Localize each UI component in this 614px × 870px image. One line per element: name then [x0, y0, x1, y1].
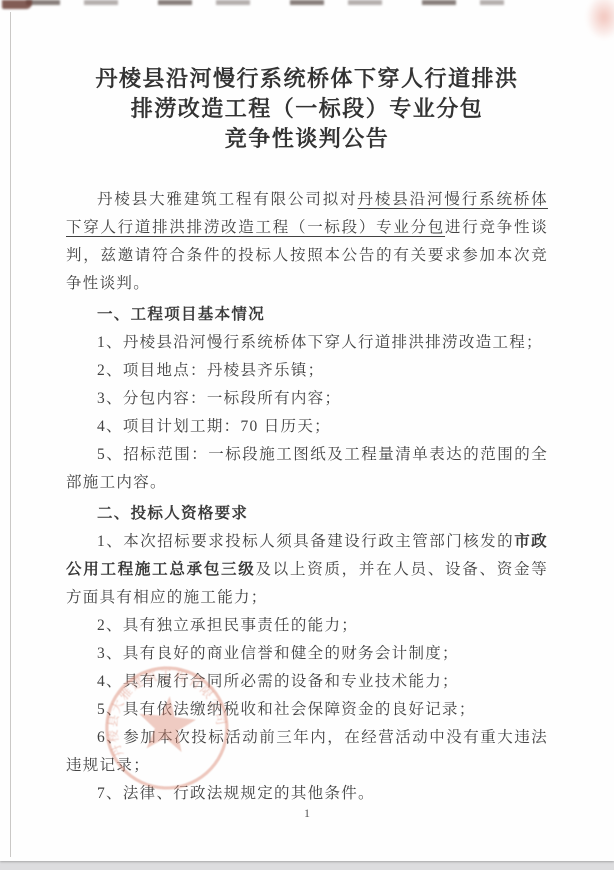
document-body: 丹棱县大雅建筑工程有限公司拟对丹棱县沿河慢行系统桥体下穿人行道排洪排涝改造工程（…	[66, 186, 548, 808]
scanned-document: 丹棱县沿河慢行系统桥体下穿人行道排洪 排涝改造工程（一标段）专业分包 竞争性谈判…	[0, 0, 614, 870]
title-line-3: 竞争性谈判公告	[66, 124, 548, 154]
title-line-2: 排涝改造工程（一标段）专业分包	[66, 94, 548, 124]
title-line-1: 丹棱县沿河慢行系统桥体下穿人行道排洪	[66, 64, 548, 94]
intro-pre: 丹棱县大雅建筑工程有限公司拟对	[97, 191, 358, 208]
section1-heading: 一、工程项目基本情况	[66, 301, 548, 329]
section2-item-4: 4、具有履行合同所必需的设备和专业技术能力；	[66, 668, 548, 696]
intro-paragraph: 丹棱县大雅建筑工程有限公司拟对丹棱县沿河慢行系统桥体下穿人行道排洪排涝改造工程（…	[66, 186, 548, 298]
scan-mark-top-right	[586, 0, 614, 40]
document-page: 丹棱县沿河慢行系统桥体下穿人行道排洪 排涝改造工程（一标段）专业分包 竞争性谈判…	[0, 0, 614, 861]
section1-item-5: 5、招标范围：一标段施工图纸及工程量清单表达的范围的全部施工内容。	[66, 441, 548, 497]
section1-item-2: 2、项目地点：丹棱县齐乐镇；	[66, 357, 548, 385]
document-title: 丹棱县沿河慢行系统桥体下穿人行道排洪 排涝改造工程（一标段）专业分包 竞争性谈判…	[66, 64, 548, 154]
section2-item1-pre: 1、本次招标要求投标人须具备建设行政主管部门核发的	[97, 533, 514, 550]
section1-item-1: 1、丹棱县沿河慢行系统桥体下穿人行道排洪排涝改造工程；	[66, 329, 548, 357]
section2-item-1: 1、本次招标要求投标人须具备建设行政主管部门核发的市政公用工程施工总承包三级及以…	[66, 528, 548, 612]
section2-heading: 二、投标人资格要求	[66, 500, 548, 528]
section2-item-2: 2、具有独立承担民事责任的能力；	[66, 612, 548, 640]
section1-item-3: 3、分包内容：一标段所有内容；	[66, 385, 548, 413]
section2-item-6: 6、参加本次投标活动前三年内，在经营活动中没有重大违法违规记录；	[66, 724, 548, 780]
section2-item-3: 3、具有良好的商业信誉和健全的财务会计制度；	[66, 640, 548, 668]
page-number: 1	[0, 806, 614, 821]
section1-item-4: 4、项目计划工期：70 日历天；	[66, 413, 548, 441]
document-content: 丹棱县沿河慢行系统桥体下穿人行道排洪 排涝改造工程（一标段）专业分包 竞争性谈判…	[66, 0, 548, 808]
page-edge-line	[10, 12, 11, 857]
scan-mark-top-left	[2, 0, 32, 9]
section2-item-7: 7、法律、行政法规规定的其他条件。	[66, 780, 548, 808]
section2-item-5: 5、具有依法缴纳税收和社会保障资金的良好记录；	[66, 696, 548, 724]
